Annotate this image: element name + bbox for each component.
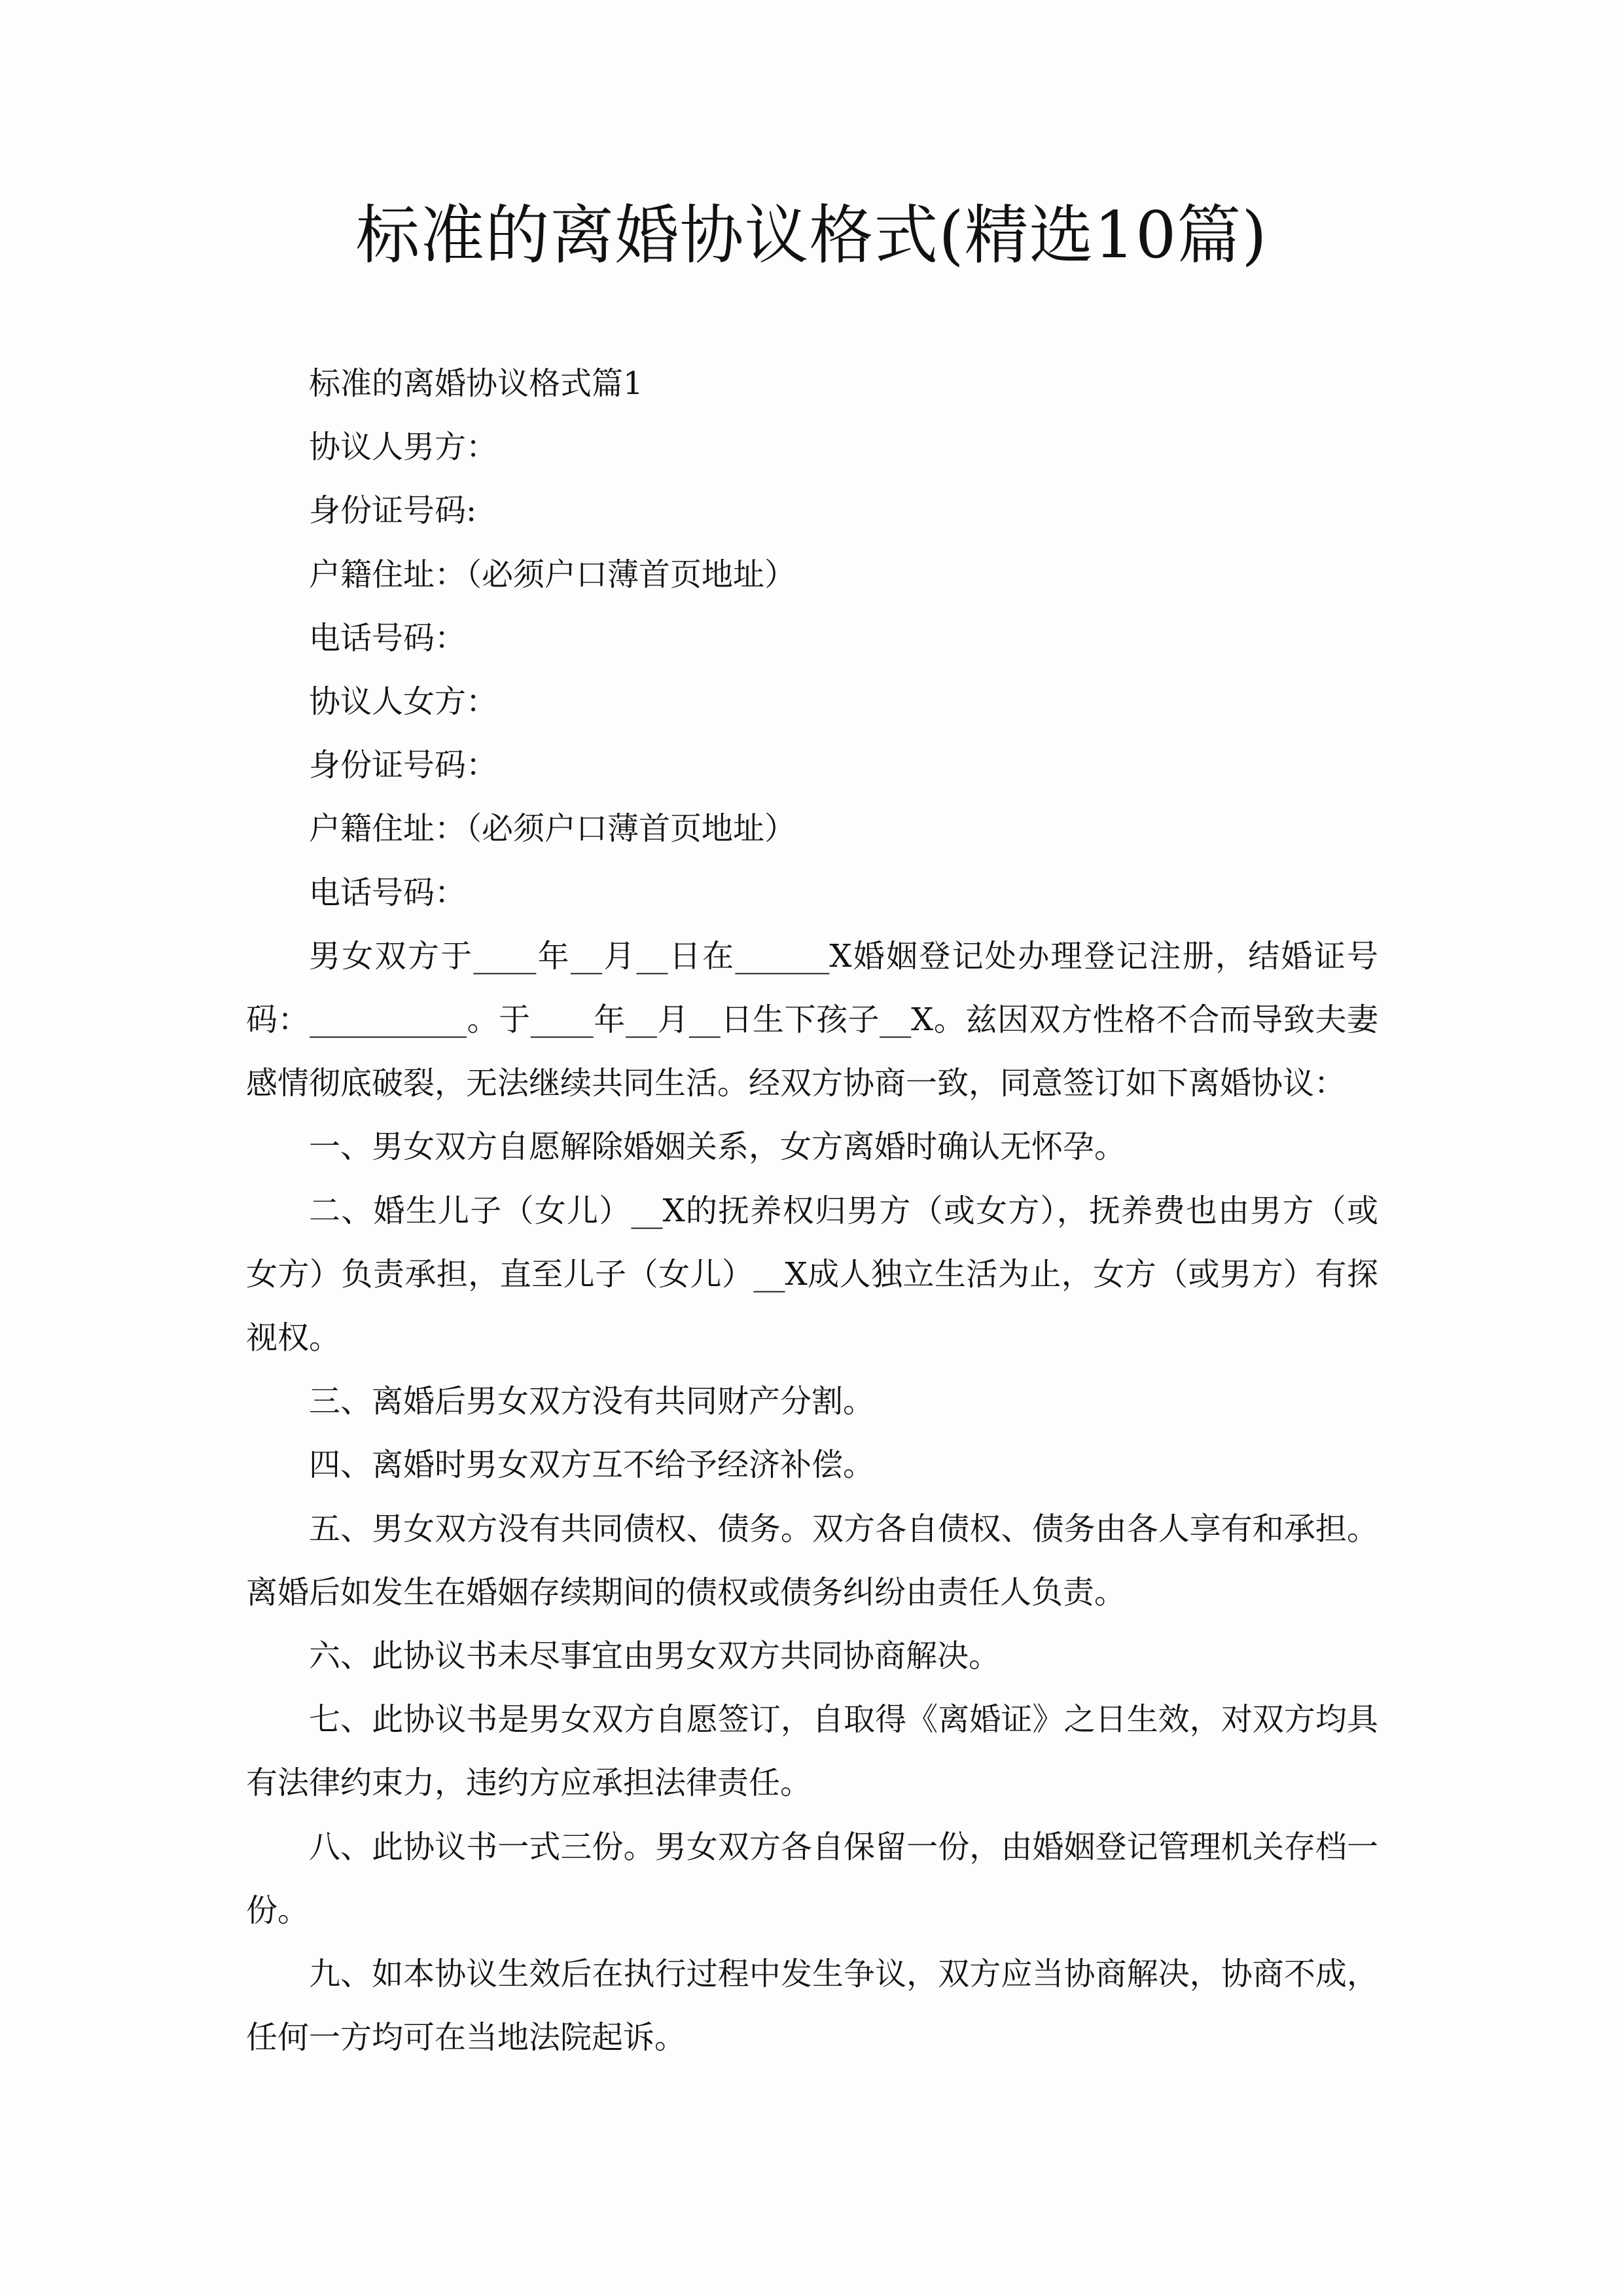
clause-8: 八、此协议书一式三份。男女双方各自保留一份，由婚姻登记管理机关存档一份。 — [246, 1816, 1378, 1943]
female-party-label: 协议人女方： — [246, 670, 1378, 734]
clause-6: 六、此协议书未尽事宜由男女双方共同协商解决。 — [246, 1624, 1378, 1688]
clause-7: 七、此协议书是男女双方自愿签订，自取得《离婚证》之日生效，对双方均具有法律约束力… — [246, 1688, 1378, 1815]
female-address-label: 户籍住址：（必须户口薄首页地址） — [246, 797, 1378, 861]
clause-5: 五、男女双方没有共同债权、债务。双方各自债权、债务由各人享有和承担。离婚后如发生… — [246, 1498, 1378, 1624]
female-id-label: 身份证号码： — [246, 734, 1378, 797]
section-heading: 标准的离婚协议格式篇1 — [246, 352, 1378, 416]
clause-2: 二、婚生儿子（女儿）__X的抚养权归男方（或女方），抚养费也由男方（或女方）负责… — [246, 1179, 1378, 1371]
male-address-label: 户籍住址：（必须户口薄首页地址） — [246, 543, 1378, 607]
document-body: 标准的离婚协议格式篇1 协议人男方： 身份证号码: 户籍住址：（必须户口薄首页地… — [246, 352, 1378, 2070]
male-id-label: 身份证号码: — [246, 479, 1378, 543]
intro-paragraph: 男女双方于____年__月__日在______X婚姻登记处办理登记注册，结婚证号… — [246, 925, 1378, 1116]
clause-9: 九、如本协议生效后在执行过程中发生争议，双方应当协商解决，协商不成，任何一方均可… — [246, 1943, 1378, 2070]
clause-1: 一、男女双方自愿解除婚姻关系，女方离婚时确认无怀孕。 — [246, 1115, 1378, 1179]
document-title: 标准的离婚协议格式(精选10篇) — [0, 196, 1623, 275]
clause-4: 四、离婚时男女双方互不给予经济补偿。 — [246, 1433, 1378, 1497]
male-phone-label: 电话号码： — [246, 607, 1378, 670]
clause-3: 三、离婚后男女双方没有共同财产分割。 — [246, 1370, 1378, 1433]
female-phone-label: 电话号码： — [246, 861, 1378, 925]
document-page: 标准的离婚协议格式(精选10篇) 标准的离婚协议格式篇1 协议人男方： 身份证号… — [0, 0, 1623, 2296]
male-party-label: 协议人男方： — [246, 416, 1378, 479]
